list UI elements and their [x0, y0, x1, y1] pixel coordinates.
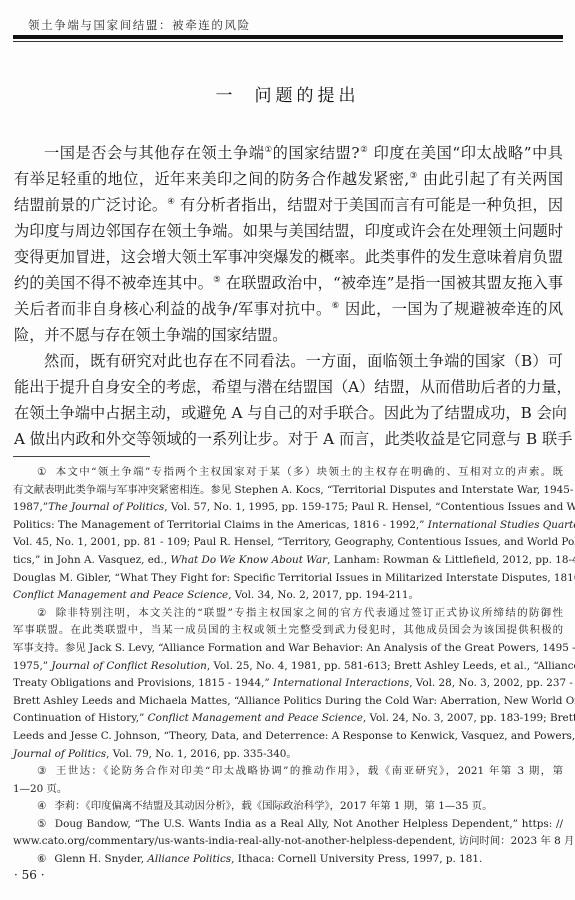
footnote: ⑤Doug Bandow, “The U.S. Wants India as a… — [13, 816, 563, 851]
page-number: · 56 · — [14, 868, 45, 882]
footnote-reference[interactable]: ⑥ — [332, 301, 340, 311]
footnote-line: Vol. 45, No. 1, 2001, pp. 81 - 109; Paul… — [13, 534, 563, 552]
body-line: 约的美国不得不被牵连其中。⑤ 在联盟政治中，“被牵连”是指一国被其盟友拖入事 — [14, 270, 563, 296]
citation-title: Conflict Management and Peace Science — [13, 589, 228, 601]
footnote-reference[interactable]: ③ — [409, 171, 417, 181]
footnotes: ①本文中“领土争端”专指两个主权国家对于某（多）块领土的主权存在明确的、互相对立… — [13, 464, 563, 869]
citation-title: Journal of Conflict Resolution — [48, 660, 207, 672]
footnote-mark: ④ — [37, 800, 46, 812]
body-line: 变得更加冒进，这会增大领土军事冲突爆发的概率。此类事件的发生意味着肩负盟 — [14, 244, 563, 270]
footnote-mark: ② — [37, 607, 48, 619]
running-header: 领土争端与国家间结盟：被牵连的风险 — [28, 17, 251, 33]
footnote: ③王世达：《论防务合作对印美“印太战略协调”的推动作用》，载《南亚研究》，202… — [13, 763, 563, 798]
body-line: 险，并不愿与存在领土争端的国家结盟。 — [14, 322, 563, 348]
document-page: 领土争端与国家间结盟：被牵连的风险 一问题的提出 一国是否会与其他存在领土争端①… — [0, 0, 575, 900]
footnote-reference[interactable]: ⑤ — [213, 275, 221, 285]
footnote-line: Politics: The Management of Territorial … — [13, 517, 563, 535]
citation-title: International Interactions — [270, 677, 409, 689]
footnote-line: 1975,” Journal of Conflict Resolution, V… — [13, 658, 563, 676]
footnote-line: 军事支持。参见 Jack S. Levy, “Alliance Formatio… — [13, 640, 563, 658]
footnote-line: Journal of Politics, Vol. 79, No. 1, 201… — [13, 746, 563, 764]
footnote-line: www.cato.org/commentary/us-wants-india-r… — [13, 833, 563, 851]
footnote-line: ④李莉：《印度偏离不结盟及其动因分析》，载《国际政治科学》，2017 年第 1 … — [13, 798, 563, 816]
section-heading: 一问题的提出 — [0, 81, 575, 106]
footnote-line: 1—20 页。 — [13, 781, 563, 799]
citation-title: What Do We Know About War — [167, 554, 327, 566]
body-line: 有举足轻重的地位，近年来美印之间的防务合作越发紧密,③ 由此引起了有关两国 — [14, 166, 563, 192]
footnote-mark: ① — [37, 466, 48, 478]
body-line: 关后者而非自身核心利益的战争/军事对抗中。⑥ 因此，一国为了规避被牵连的风 — [14, 296, 563, 322]
body-line: 结盟前景的广泛讨论。④ 有分析者指出，结盟对于美国而言有可能是一种负担，因 — [14, 192, 563, 218]
footnote-reference[interactable]: ① — [264, 145, 272, 155]
footnote: ②除非特别注明，本文关注的“联盟”专指主权国家之间的官方代表通过签订正式协议所缔… — [13, 605, 563, 763]
footnote-line: 1987,”The Journal of Politics, Vol. 57, … — [13, 499, 563, 517]
footnote-reference[interactable]: ② — [360, 145, 369, 155]
body-line: 然而，既有研究对此也存在不同看法。一方面，面临领土争端的国家（B）可 — [14, 348, 563, 374]
footnote-mark: ⑥ — [37, 853, 46, 865]
footnote-separator — [13, 456, 150, 457]
footnote-line: Continuation of History,” Conflict Manag… — [13, 710, 563, 728]
body-line: 在领土争端中占据主动，或避免 A 与自己的对手联合。因此为了结盟成功，B 会向 — [14, 400, 563, 426]
footnote-mark: ⑤ — [37, 818, 47, 830]
footnote: ④李莉：《印度偏离不结盟及其动因分析》，载《国际政治科学》，2017 年第 1 … — [13, 798, 563, 816]
header-rule-thin — [13, 41, 563, 42]
citation-title: The Journal of Politics — [48, 501, 164, 513]
body-line: 为印度与周边邻国存在领土争端。如果与美国结盟，印度或许会在处理领土问题时 — [14, 218, 563, 244]
section-number: 一 — [216, 86, 237, 106]
footnote: ⑥Glenn H. Snyder, Alliance Politics, Ith… — [13, 851, 563, 869]
body-text: 一国是否会与其他存在领土争端①的国家结盟?② 印度在美国“印太战略”中具有举足轻… — [14, 140, 563, 452]
footnote-line: ③王世达：《论防务合作对印美“印太战略协调”的推动作用》，载《南亚研究》，202… — [13, 763, 563, 781]
footnote-line: Douglas M. Gibler, “What They Fight for:… — [13, 570, 563, 588]
body-line: 一国是否会与其他存在领土争端①的国家结盟?② 印度在美国“印太战略”中具 — [14, 140, 563, 166]
footnote-line: Treaty Obligations and Provisions, 1815 … — [13, 675, 563, 693]
citation-title: Conflict Management and Peace Science — [144, 712, 363, 724]
footnote-line: tics,” in John A. Vasquez, ed., What Do … — [13, 552, 563, 570]
citation-title: Alliance Politics — [144, 853, 231, 865]
footnote-line: Brett Ashley Leeds and Michaela Mattes, … — [13, 693, 563, 711]
section-title: 问题的提出 — [255, 86, 360, 106]
footnote-line: 有文献表明此类争端与军事冲突紧密相连。参见 Stephen A. Kocs, “… — [13, 482, 563, 500]
citation-title: International Studies Quarterly — [424, 519, 575, 531]
footnote-mark: ③ — [37, 765, 48, 777]
body-line: A 做出内政和外交等领域的一系列让步。对于 A 而言，此类收益是它同意与 B 联… — [14, 426, 563, 452]
footnote-line: Leeds and Jesse C. Johnson, “Theory, Dat… — [13, 728, 563, 746]
footnote-line: ⑥Glenn H. Snyder, Alliance Politics, Ith… — [13, 851, 563, 869]
footnote-line: ②除非特别注明，本文关注的“联盟”专指主权国家之间的官方代表通过签订正式协议所缔… — [13, 605, 563, 623]
header-rule-thick — [13, 35, 563, 39]
footnote-reference[interactable]: ④ — [167, 197, 175, 207]
footnote-line: 军事联盟。在此类联盟中，当某一成员国的主权或领土完整受到武力侵犯时，其他成员国会… — [13, 622, 563, 640]
footnote-line: ①本文中“领土争端”专指两个主权国家对于某（多）块领土的主权存在明确的、互相对立… — [13, 464, 563, 482]
citation-title: Journal of Politics — [13, 748, 106, 760]
body-line: 能出于提升自身安全的考虑，希望与潜在结盟国（A）结盟，从而借助后者的力量， — [14, 374, 563, 400]
footnote-line: ⑤Doug Bandow, “The U.S. Wants India as a… — [13, 816, 563, 834]
footnote-line: Conflict Management and Peace Science, V… — [13, 587, 563, 605]
footnote: ①本文中“领土争端”专指两个主权国家对于某（多）块领土的主权存在明确的、互相对立… — [13, 464, 563, 605]
